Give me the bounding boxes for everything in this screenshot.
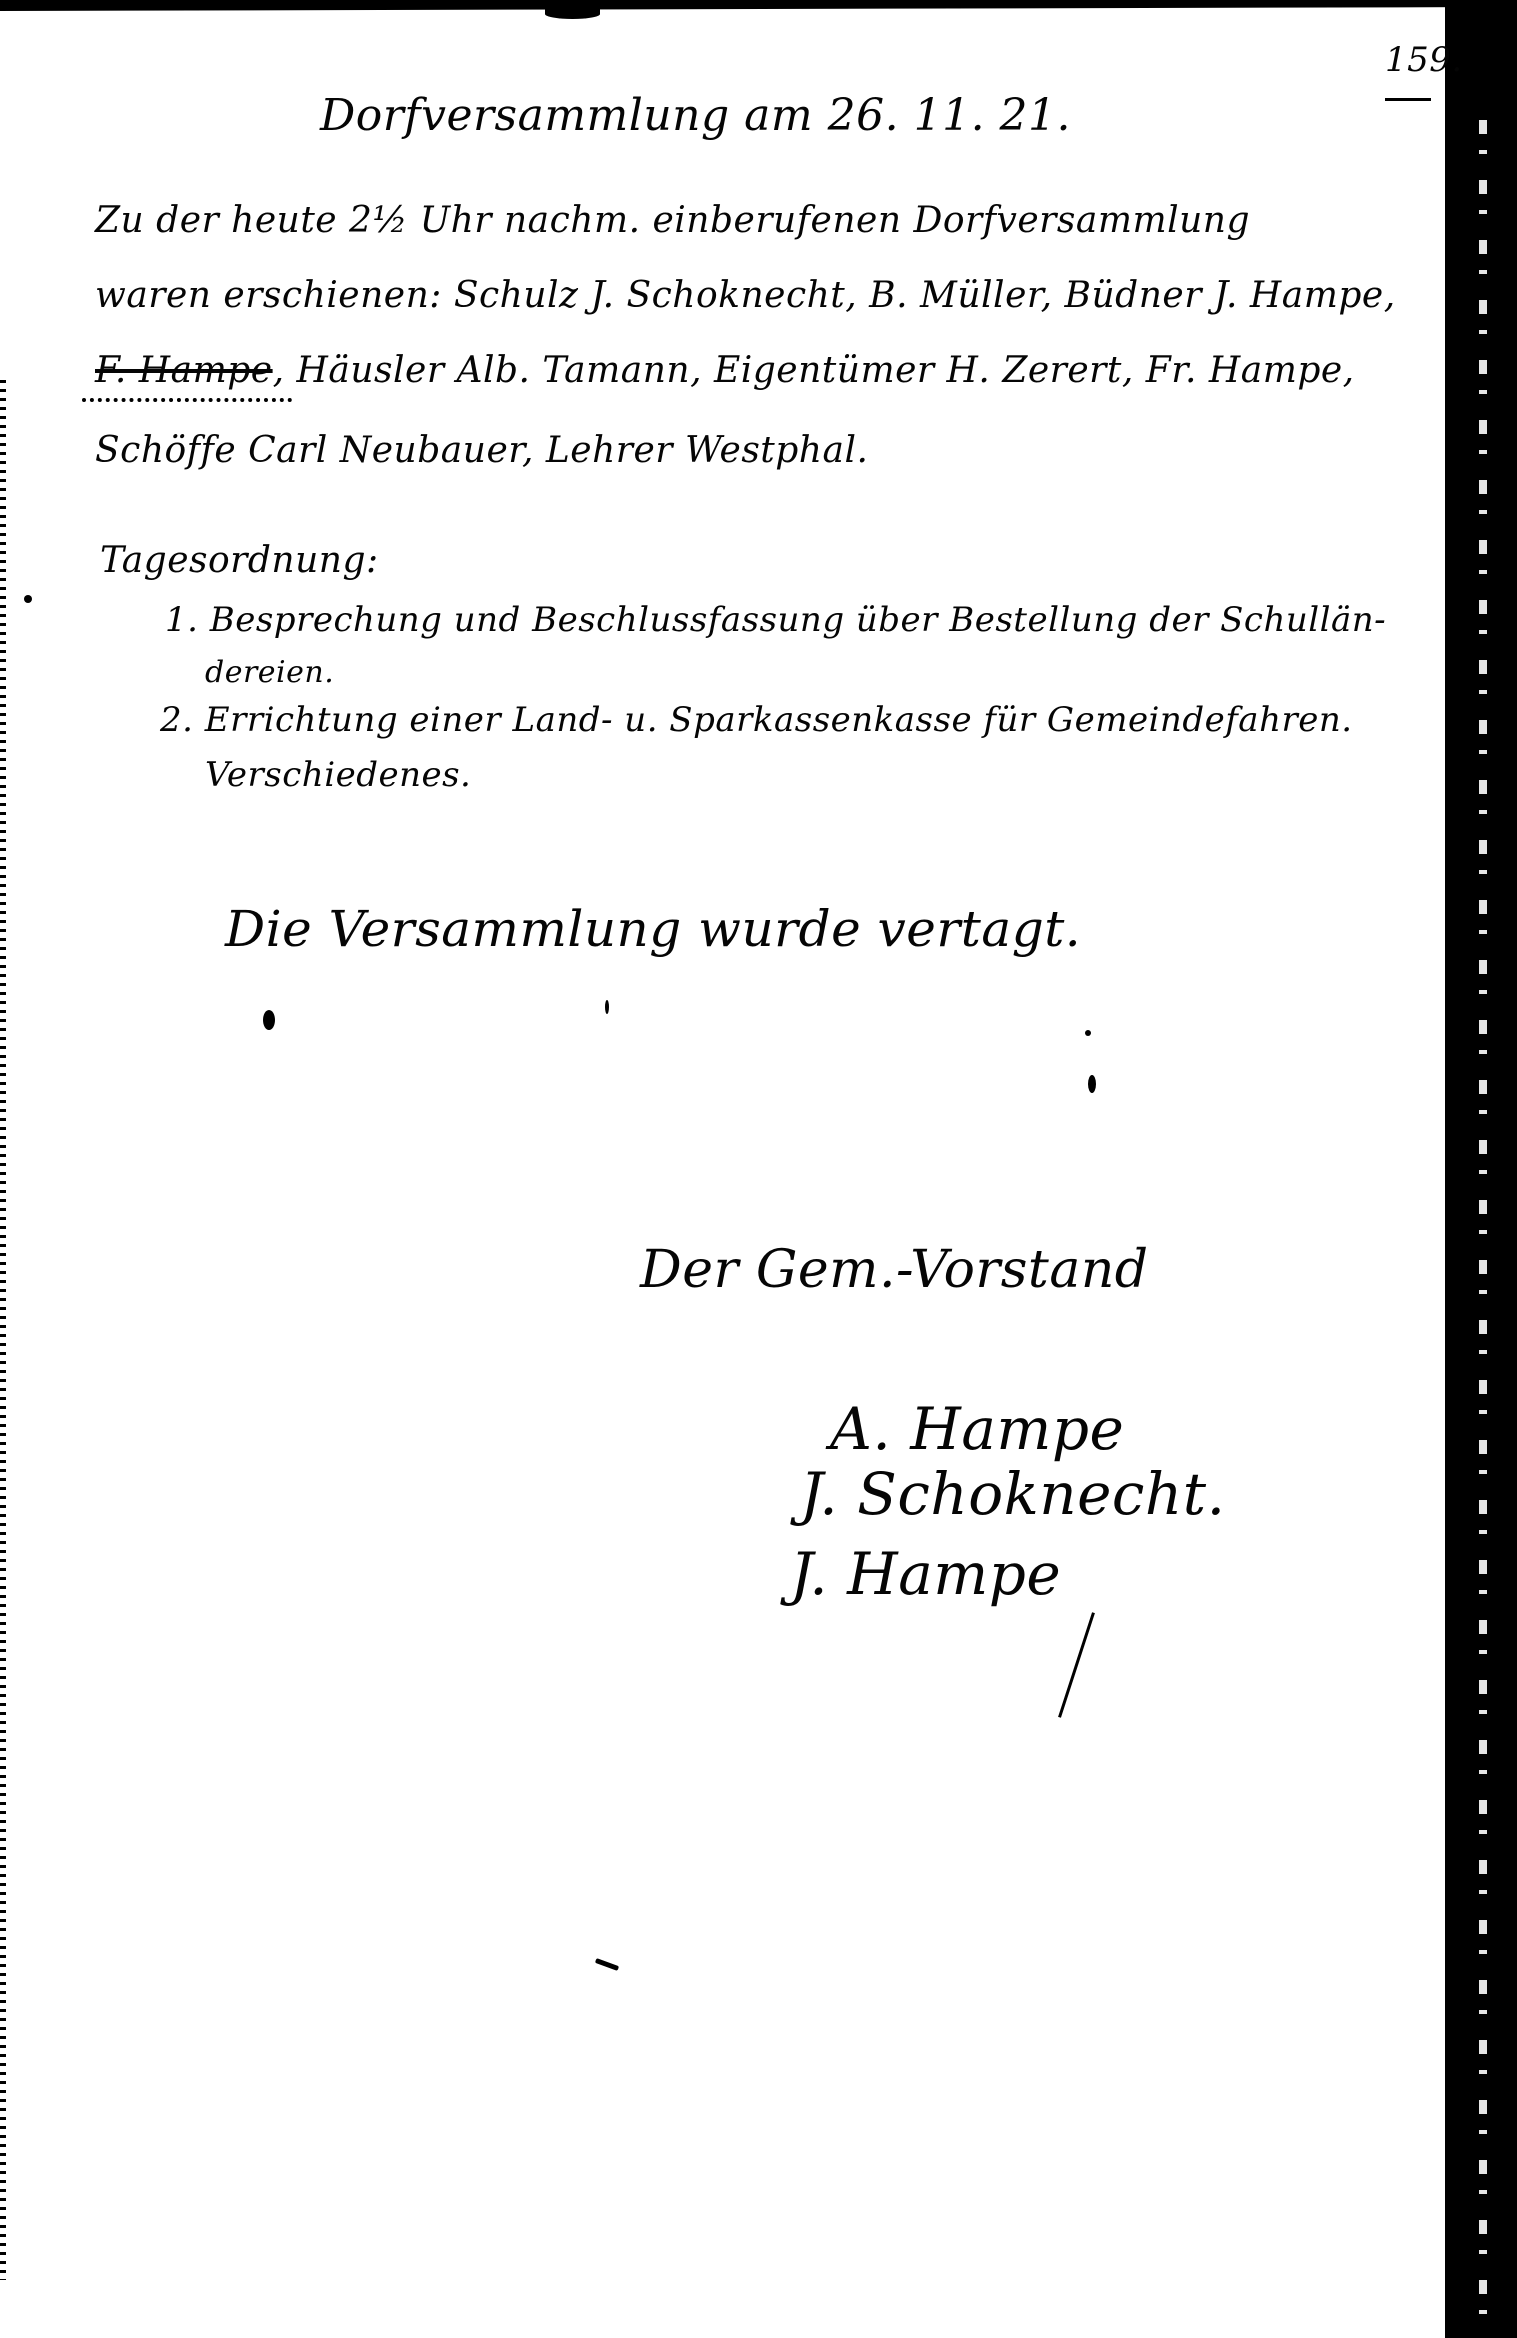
page-number-underline [1385,98,1431,101]
page-top-edge [0,0,1460,11]
body-line-3: F. Hampe, Häusler Alb. Tamann, Eigentüme… [95,350,1355,391]
agenda-item-2: 2. Errichtung einer Land- u. Sparkassenk… [160,700,1353,740]
agenda-item-1-continued: dereien. [205,655,334,690]
signature-block-label: Der Gem.-Vorstand [640,1240,1149,1300]
resolution-text: Die Versammlung wurde vertagt. [225,900,1081,958]
ink-speck [605,1000,609,1014]
page-left-edge [0,380,6,2280]
agenda-item-1: 1. Besprechung und Beschlussfassung über… [165,600,1386,640]
ink-stroke [595,1958,619,1971]
signature-flourish [1058,1612,1095,1718]
body-line-4: Schöffe Carl Neubauer, Lehrer Westphal. [95,430,868,471]
body-line-1: Zu der heute 2½ Uhr nachm. einberufenen … [95,200,1250,241]
signature-1: A. Hampe [830,1395,1124,1463]
attendee-list-continued: , Häusler Alb. Tamann, Eigentümer H. Zer… [273,350,1355,391]
ink-speck [24,595,32,603]
body-line-2: waren erschienen: Schulz J. Schoknecht, … [95,275,1396,316]
page-top-notch [545,9,600,19]
agenda-item-3: Verschiedenes. [205,755,471,795]
binding-stitching [1479,120,1487,2320]
page-number: 159. [1385,40,1463,80]
signature-2: J. Schoknecht. [800,1460,1226,1528]
dotted-underline [82,398,292,402]
ink-speck [1088,1075,1096,1093]
document-title: Dorfversammlung am 26. 11. 21. [320,90,1071,141]
signature-3: J. Hampe [790,1540,1061,1608]
struck-through-name: F. Hampe [95,350,273,391]
ink-speck [1085,1030,1091,1036]
ink-blot [263,1010,275,1030]
agenda-heading: Tagesordnung: [100,540,379,581]
